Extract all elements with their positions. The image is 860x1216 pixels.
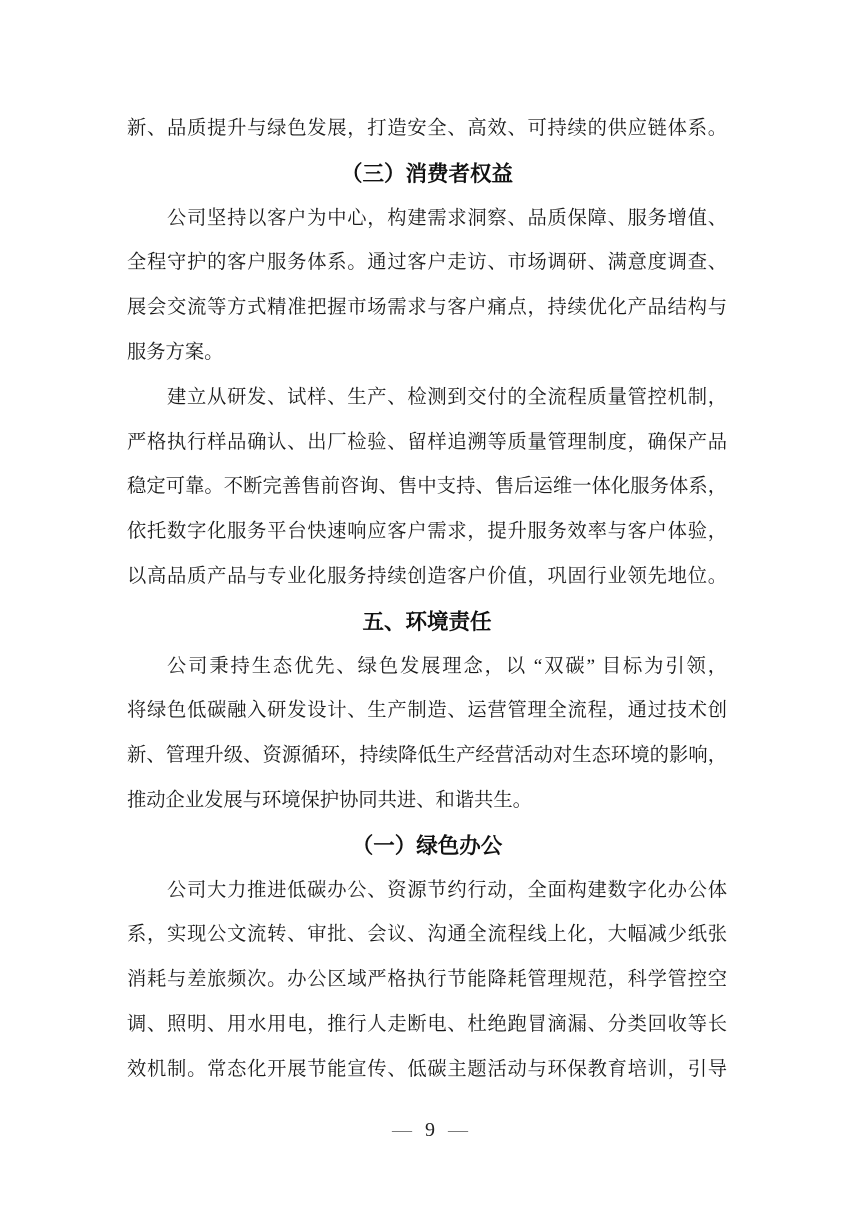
text-line: 公司坚持以客户为中心，构建需求洞察、品质保障、服务增值、 (127, 197, 727, 242)
para-quality-control: 建立从研发、试样、生产、检测到交付的全流程质量管控机制，严格执行样品确认、出厂检… (127, 376, 727, 600)
heading-green-office: （一）绿色办公 (127, 824, 727, 869)
text-line: 建立从研发、试样、生产、检测到交付的全流程质量管控机制， (127, 376, 727, 421)
para-supply-chain-continued: 新、品质提升与绿色发展，打造安全、高效、可持续的供应链体系。 (127, 107, 727, 152)
text-line: 推动企业发展与环境保护协同共进、和谐共生。 (127, 779, 727, 824)
text-line: 将绿色低碳融入研发设计、生产制造、运营管理全流程，通过技术创 (127, 689, 727, 734)
footer-dash-right: — (448, 1119, 468, 1141)
text-line: 公司大力推进低碳办公、资源节约行动，全面构建数字化办公体 (127, 869, 727, 914)
text-line: 调、照明、用水用电，推行人走断电、杜绝跑冒滴漏、分类回收等长 (127, 1003, 727, 1048)
document-page: 新、品质提升与绿色发展，打造安全、高效、可持续的供应链体系。（三）消费者权益公司… (0, 0, 860, 1216)
text-line: 系，实现公文流转、审批、会议、沟通全流程线上化，大幅减少纸张 (127, 913, 727, 958)
text-line: 全程守护的客户服务体系。通过客户走访、市场调研、满意度调查、 (127, 241, 727, 286)
text-line: 消耗与差旅频次。办公区域严格执行节能降耗管理规范，科学管控空 (127, 958, 727, 1003)
para-green-development: 公司秉持生态优先、绿色发展理念，以 “双碳” 目标为引领，将绿色低碳融入研发设计… (127, 645, 727, 824)
para-customer-service: 公司坚持以客户为中心，构建需求洞察、品质保障、服务增值、全程守护的客户服务体系。… (127, 197, 727, 376)
text-line: 新、管理升级、资源循环，持续降低生产经营活动对生态环境的影响， (127, 734, 727, 779)
footer-dash-left: — (392, 1119, 412, 1141)
text-line: 服务方案。 (127, 331, 727, 376)
text-line: 新、品质提升与绿色发展，打造安全、高效、可持续的供应链体系。 (127, 107, 727, 152)
text-line: 以高品质产品与专业化服务持续创造客户价值，巩固行业领先地位。 (127, 555, 727, 600)
text-line: 展会交流等方式精准把握市场需求与客户痛点，持续优化产品结构与 (127, 286, 727, 331)
heading-environment-responsibility: 五、环境责任 (127, 600, 727, 645)
text-line: 公司秉持生态优先、绿色发展理念，以 “双碳” 目标为引领， (127, 645, 727, 690)
document-content: 新、品质提升与绿色发展，打造安全、高效、可持续的供应链体系。（三）消费者权益公司… (127, 107, 727, 1093)
para-low-carbon-office: 公司大力推进低碳办公、资源节约行动，全面构建数字化办公体系，实现公文流转、审批、… (127, 869, 727, 1093)
text-line: 严格执行样品确认、出厂检验、留样追溯等质量管理制度，确保产品 (127, 421, 727, 466)
text-line: 稳定可靠。不断完善售前咨询、售中支持、售后运维一体化服务体系， (127, 465, 727, 510)
text-line: 效机制。常态化开展节能宣传、低碳主题活动与环保教育培训，引导 (127, 1048, 727, 1093)
heading-consumer-rights: （三）消费者权益 (127, 152, 727, 197)
text-line: 依托数字化服务平台快速响应客户需求，提升服务效率与客户体验， (127, 510, 727, 555)
page-number: 9 (425, 1119, 435, 1141)
page-footer: —9— (0, 1116, 860, 1144)
